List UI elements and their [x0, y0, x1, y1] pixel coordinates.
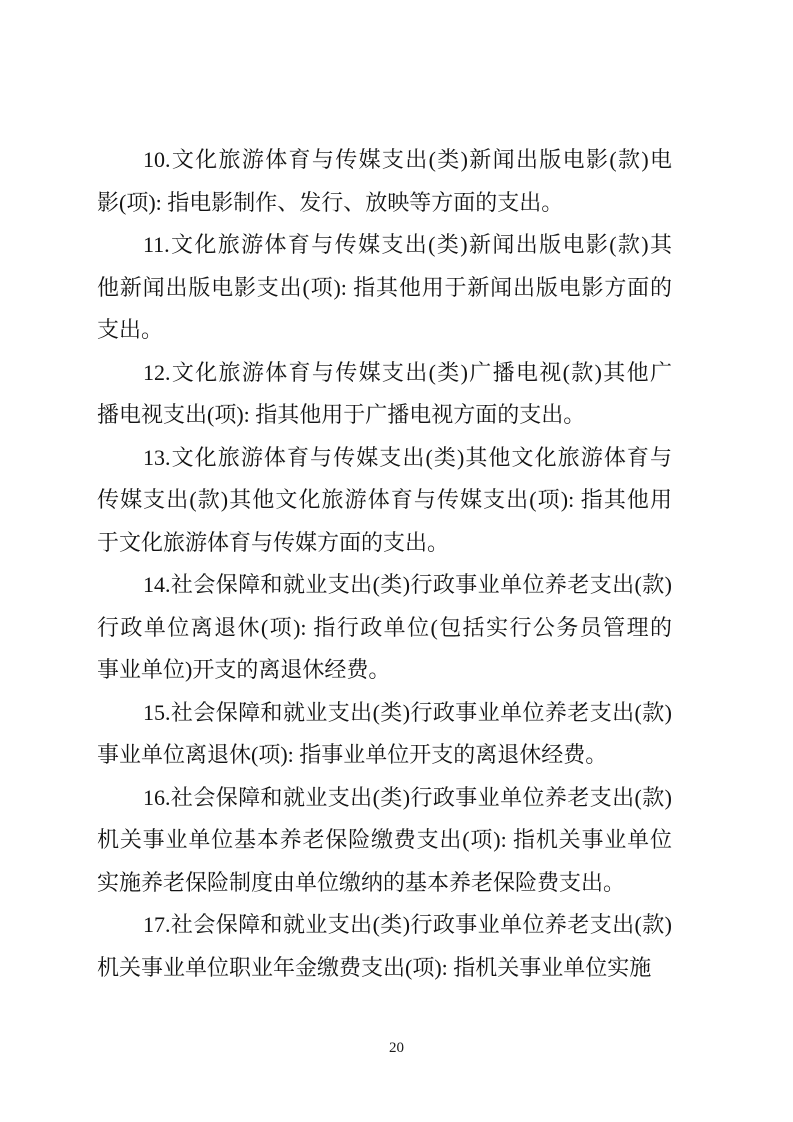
text-line: 13.文化旅游体育与传媒支出(类)其他文化旅游体育与	[97, 437, 672, 480]
paragraph-item-12: 12.文化旅游体育与传媒支出(类)广播电视(款)其他广播电视支出(项): 指其他…	[97, 352, 672, 437]
page-footer: 20	[0, 1038, 793, 1058]
text-line: 11.文化旅游体育与传媒支出(类)新闻出版电影(款)其	[97, 224, 672, 267]
paragraph-item-10: 10.文化旅游体育与传媒支出(类)新闻出版电影(款)电影(项): 指电影制作、发…	[97, 139, 672, 224]
paragraph-item-16: 16.社会保障和就业支出(类)行政事业单位养老支出(款)机关事业单位基本养老保险…	[97, 777, 672, 905]
text-line: 17.社会保障和就业支出(类)行政事业单位养老支出(款)	[97, 904, 672, 947]
page-number: 20	[389, 1040, 404, 1056]
text-line: 14.社会保障和就业支出(类)行政事业单位养老支出(款)	[97, 564, 672, 607]
paragraph-item-11: 11.文化旅游体育与传媒支出(类)新闻出版电影(款)其他新闻出版电影支出(项):…	[97, 224, 672, 352]
text-line: 播电视支出(项): 指其他用于广播电视方面的支出。	[97, 394, 672, 437]
text-line: 支出。	[97, 309, 672, 352]
text-line: 机关事业单位基本养老保险缴费支出(项): 指机关事业单位	[97, 819, 672, 862]
text-line: 12.文化旅游体育与传媒支出(类)广播电视(款)其他广	[97, 352, 672, 395]
text-line: 传媒支出(款)其他文化旅游体育与传媒支出(项): 指其他用	[97, 479, 672, 522]
paragraph-item-17: 17.社会保障和就业支出(类)行政事业单位养老支出(款)机关事业单位职业年金缴费…	[97, 904, 672, 989]
paragraph-item-13: 13.文化旅游体育与传媒支出(类)其他文化旅游体育与传媒支出(款)其他文化旅游体…	[97, 437, 672, 565]
text-line: 他新闻出版电影支出(项): 指其他用于新闻出版电影方面的	[97, 267, 672, 310]
text-line: 事业单位离退休(项): 指事业单位开支的离退休经费。	[97, 734, 672, 777]
document-body: 10.文化旅游体育与传媒支出(类)新闻出版电影(款)电影(项): 指电影制作、发…	[97, 139, 672, 989]
text-line: 影(项): 指电影制作、发行、放映等方面的支出。	[97, 182, 672, 225]
text-line: 16.社会保障和就业支出(类)行政事业单位养老支出(款)	[97, 777, 672, 820]
text-line: 15.社会保障和就业支出(类)行政事业单位养老支出(款)	[97, 692, 672, 735]
paragraph-item-14: 14.社会保障和就业支出(类)行政事业单位养老支出(款)行政单位离退休(项): …	[97, 564, 672, 692]
text-line: 机关事业单位职业年金缴费支出(项): 指机关事业单位实施	[97, 947, 672, 990]
paragraph-item-15: 15.社会保障和就业支出(类)行政事业单位养老支出(款)事业单位离退休(项): …	[97, 692, 672, 777]
text-line: 行政单位离退休(项): 指行政单位(包括实行公务员管理的	[97, 607, 672, 650]
text-line: 10.文化旅游体育与传媒支出(类)新闻出版电影(款)电	[97, 139, 672, 182]
text-line: 事业单位)开支的离退休经费。	[97, 649, 672, 692]
text-line: 于文化旅游体育与传媒方面的支出。	[97, 522, 672, 565]
document-page: 10.文化旅游体育与传媒支出(类)新闻出版电影(款)电影(项): 指电影制作、发…	[0, 0, 793, 1122]
text-line: 实施养老保险制度由单位缴纳的基本养老保险费支出。	[97, 862, 672, 905]
